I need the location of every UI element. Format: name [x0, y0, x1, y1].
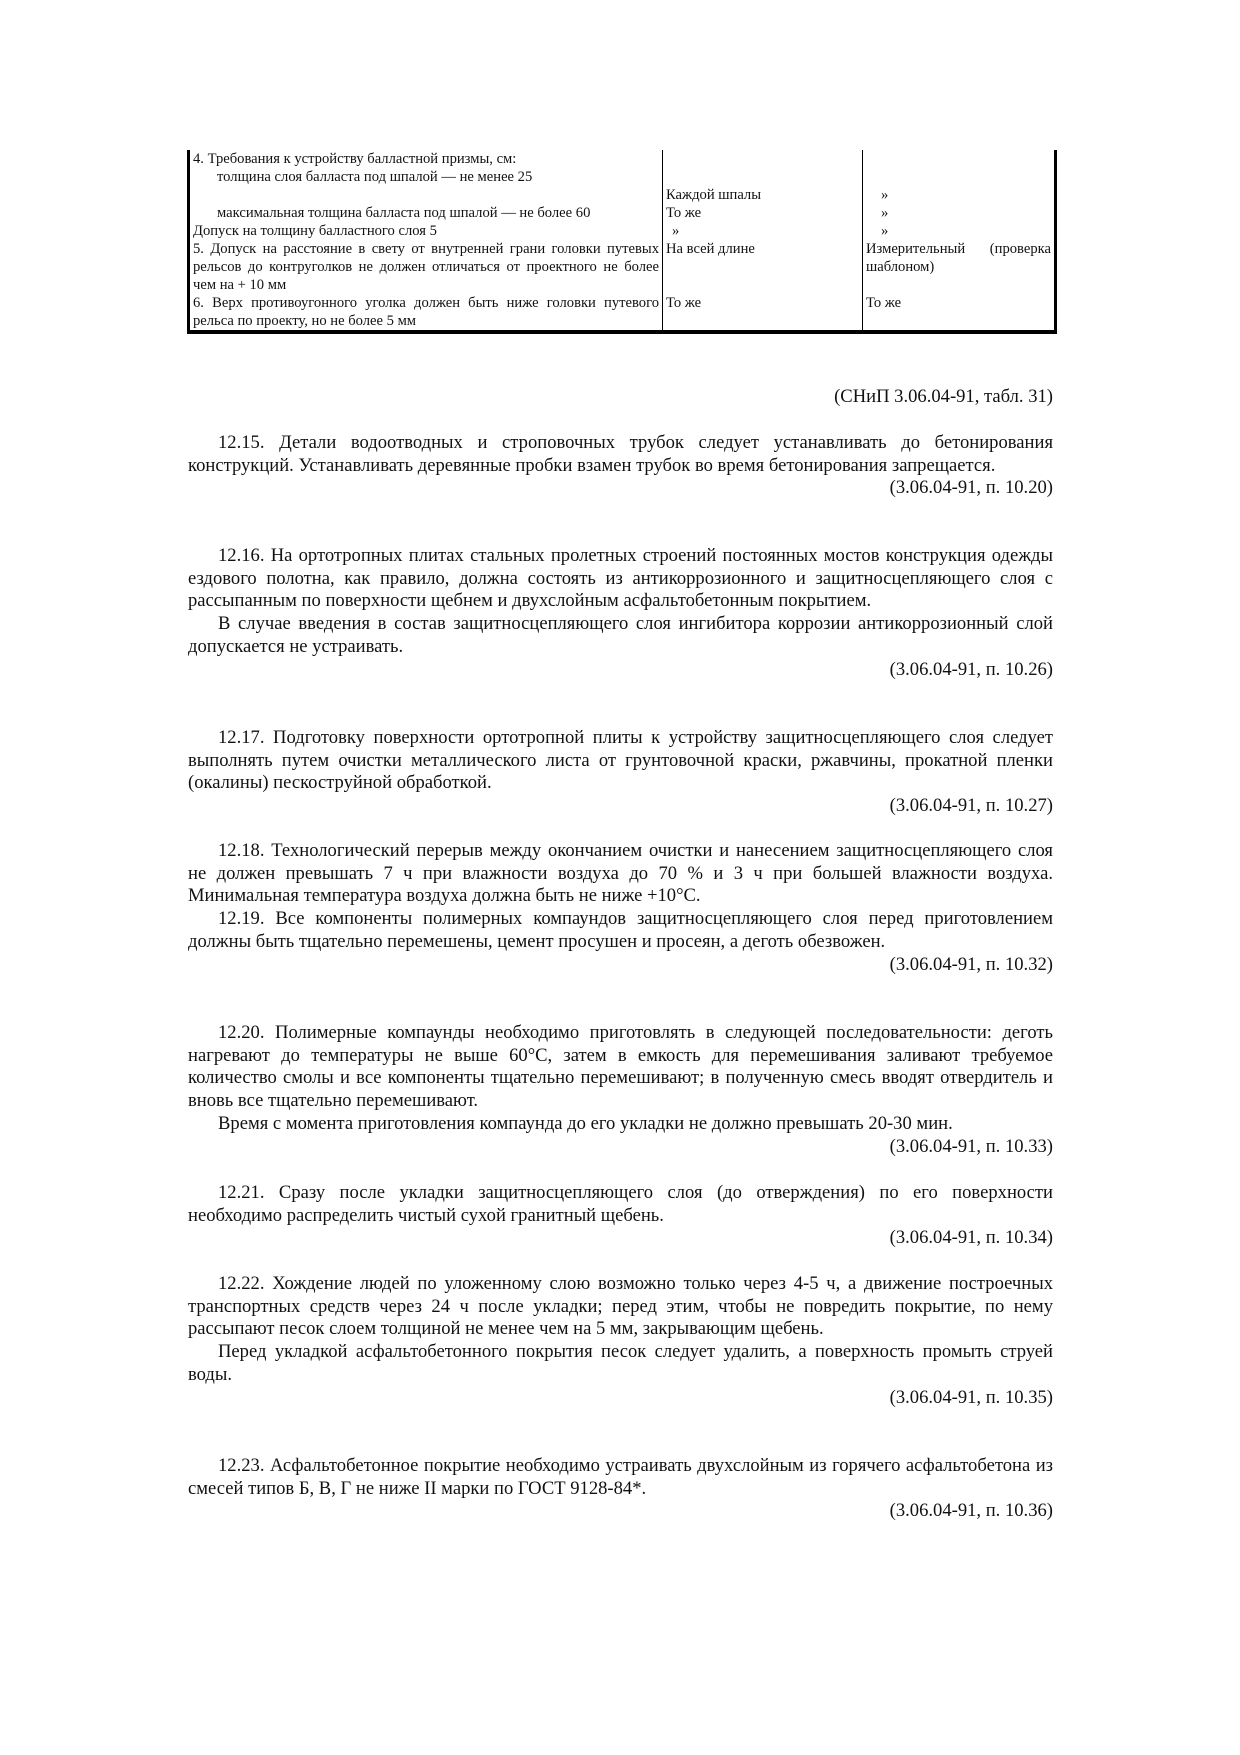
paragraph: Время с момента приготовления компаунда … [188, 1113, 1053, 1136]
table-row: 5. Допуск на расстояние в свету от внутр… [189, 240, 1056, 294]
clause-12-16: 12.16. На ортотропных плитах стальных пр… [188, 545, 1053, 681]
clause-12-20: 12.20. Полимерные компаунды необходимо п… [188, 1022, 1053, 1158]
paragraph: 12.17. Подготовку поверхности ортотропно… [188, 727, 1053, 795]
table-cell-scope: Каждой шпалы То же » [663, 150, 863, 240]
table-cell-method: То же [863, 294, 1056, 332]
source-reference: (3.06.04-91, п. 10.20) [188, 477, 1053, 500]
table-cell-scope: На всей длине [663, 240, 863, 294]
paragraph: 12.19. Все компоненты полимерных компаун… [188, 908, 1053, 953]
clause-12-18-12-19: 12.18. Технологический перерыв между око… [188, 840, 1053, 976]
paragraph: 12.23. Асфальтобетонное покрытие необход… [188, 1455, 1053, 1500]
table-cell-requirement: 6. Верх противоугонного уголка должен бы… [189, 294, 663, 332]
paragraph: 12.22. Хождение людей по уложенному слою… [188, 1273, 1053, 1341]
table-row: 6. Верх противоугонного уголка должен бы… [189, 294, 1056, 332]
table-cell-method: » » » [863, 150, 1056, 240]
ditto-mark: » [866, 204, 1051, 222]
paragraph: 12.15. Детали водоотводных и строповочны… [188, 432, 1053, 477]
paragraph: 12.20. Полимерные компаунды необходимо п… [188, 1022, 1053, 1113]
source-reference: (3.06.04-91, п. 10.33) [188, 1136, 1053, 1159]
table-cell-method: Измерительный (проверка шаблоном) [863, 240, 1056, 294]
paragraph: В случае введения в состав защитносцепля… [188, 613, 1053, 658]
clause-12-21: 12.21. Сразу после укладки защитносцепля… [188, 1182, 1053, 1250]
ditto-mark: » [866, 186, 1051, 204]
table-cell-requirement: 5. Допуск на расстояние в свету от внутр… [189, 240, 663, 294]
cell-blank [666, 150, 859, 168]
requirements-table-fragment: 4. Требования к устройству балластной пр… [187, 150, 1057, 367]
cell-line: Допуск на толщину балластного слоя 5 [193, 222, 659, 240]
table-row: 4. Требования к устройству балластной пр… [189, 150, 1056, 240]
ditto-mark: » [666, 222, 859, 240]
cell-line: толщина слоя балласта под шпалой — не ме… [193, 168, 659, 186]
source-reference: (3.06.04-91, п. 10.26) [188, 659, 1053, 682]
clause-12-15: 12.15. Детали водоотводных и строповочны… [188, 432, 1053, 500]
paragraph: 12.18. Технологический перерыв между око… [188, 840, 1053, 908]
ditto-mark: » [866, 222, 1051, 240]
cell-line: Каждой шпалы [666, 186, 859, 204]
table-cell-requirement: 4. Требования к устройству балластной пр… [189, 150, 663, 240]
source-reference: (3.06.04-91, п. 10.36) [188, 1500, 1053, 1523]
clause-12-17: 12.17. Подготовку поверхности ортотропно… [188, 727, 1053, 818]
requirements-table: 4. Требования к устройству балластной пр… [187, 150, 1057, 334]
cell-line: максимальная толщина балласта под шпалой… [193, 204, 659, 222]
table-source-reference-block: (СНиП 3.06.04-91, табл. 31) [188, 386, 1053, 409]
cell-blank [866, 168, 1051, 186]
clause-12-22: 12.22. Хождение людей по уложенному слою… [188, 1273, 1053, 1409]
clause-12-23: 12.23. Асфальтобетонное покрытие необход… [188, 1455, 1053, 1523]
source-reference: (3.06.04-91, п. 10.32) [188, 954, 1053, 977]
cell-blank [866, 150, 1051, 168]
cell-blank [666, 168, 859, 186]
source-reference: (3.06.04-91, п. 10.34) [188, 1227, 1053, 1250]
cell-line: 4. Требования к устройству балластной пр… [193, 150, 659, 168]
source-reference: (3.06.04-91, п. 10.35) [188, 1387, 1053, 1410]
cell-line: То же [666, 204, 859, 222]
paragraph: Перед укладкой асфальтобетонного покрыти… [188, 1341, 1053, 1386]
paragraph: 12.21. Сразу после укладки защитносцепля… [188, 1182, 1053, 1227]
cell-blank [193, 186, 659, 204]
source-reference: (СНиП 3.06.04-91, табл. 31) [188, 386, 1053, 409]
source-reference: (3.06.04-91, п. 10.27) [188, 795, 1053, 818]
table-cell-scope: То же [663, 294, 863, 332]
paragraph: 12.16. На ортотропных плитах стальных пр… [188, 545, 1053, 613]
